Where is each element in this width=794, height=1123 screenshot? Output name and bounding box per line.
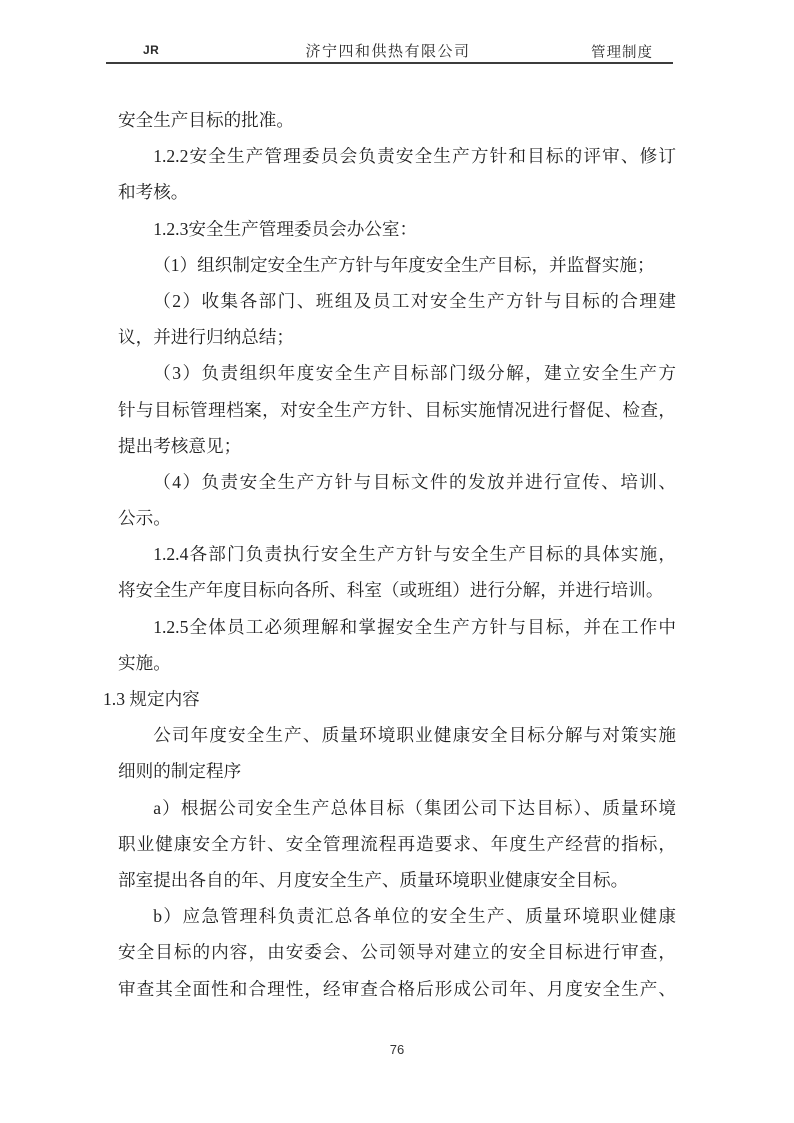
body-line: 和考核。 <box>118 174 676 210</box>
body-line: a）根据公司安全生产总体目标（集团公司下达目标）、质量环境 <box>118 790 676 826</box>
body-line: 审查其全面性和合理性，经审查合格后形成公司年、月度安全生产、 <box>118 971 676 1007</box>
header-logo: JR <box>143 43 159 57</box>
body-line: 1.2.4各部门负责执行安全生产方针与安全生产目标的具体实施， <box>118 536 676 572</box>
body-line: 针与目标管理档案，对安全生产方针、目标实施情况进行督促、检查， <box>118 392 676 428</box>
body-line: 职业健康安全方针、安全管理流程再造要求、年度生产经营的指标， <box>118 826 676 862</box>
body-line: （1）组织制定安全生产方针与年度安全生产目标，并监督实施； <box>118 247 676 283</box>
body-line: 1.2.2安全生产管理委员会负责安全生产方针和目标的评审、修订 <box>118 138 676 174</box>
body-line: （2）收集各部门、班组及员工对安全生产方针与目标的合理建 <box>118 283 676 319</box>
body-line: 1.2.5全体员工必须理解和掌握安全生产方针与目标，并在工作中 <box>118 609 676 645</box>
body-line: 提出考核意见； <box>118 428 676 464</box>
body-line: 公司年度安全生产、质量环境职业健康安全目标分解与对策实施 <box>118 717 676 753</box>
body-line: 细则的制定程序 <box>118 753 676 789</box>
document-body: 安全生产目标的批准。1.2.2安全生产管理委员会负责安全生产方针和目标的评审、修… <box>118 102 676 1007</box>
body-line: 安全目标的内容，由安委会、公司领导对建立的安全目标进行审查， <box>118 934 676 970</box>
body-line: 公示。 <box>118 500 676 536</box>
body-line: b）应急管理科负责汇总各单位的安全生产、质量环境职业健康 <box>118 898 676 934</box>
body-line: 实施。 <box>118 645 676 681</box>
body-line: 1.3 规定内容 <box>103 681 676 717</box>
body-line: 1.2.3安全生产管理委员会办公室： <box>118 211 676 247</box>
body-line: 部室提出各自的年、月度安全生产、质量环境职业健康安全目标。 <box>118 862 676 898</box>
header-rule <box>106 62 673 64</box>
body-line: （3）负责组织年度安全生产目标部门级分解，建立安全生产方 <box>118 355 676 391</box>
body-line: 安全生产目标的批准。 <box>118 102 676 138</box>
document-page: JR 济宁四和供热有限公司 管理制度 安全生产目标的批准。1.2.2安全生产管理… <box>0 0 794 1123</box>
header-doc-type: 管理制度 <box>591 41 653 62</box>
body-line: 议，并进行归纳总结； <box>118 319 676 355</box>
page-number: 76 <box>0 1042 794 1057</box>
body-line: 将安全生产年度目标向各所、科室（或班组）进行分解，并进行培训。 <box>118 572 676 608</box>
body-line: （4）负责安全生产方针与目标文件的发放并进行宣传、培训、 <box>118 464 676 500</box>
header-company-name: 济宁四和供热有限公司 <box>305 40 470 61</box>
